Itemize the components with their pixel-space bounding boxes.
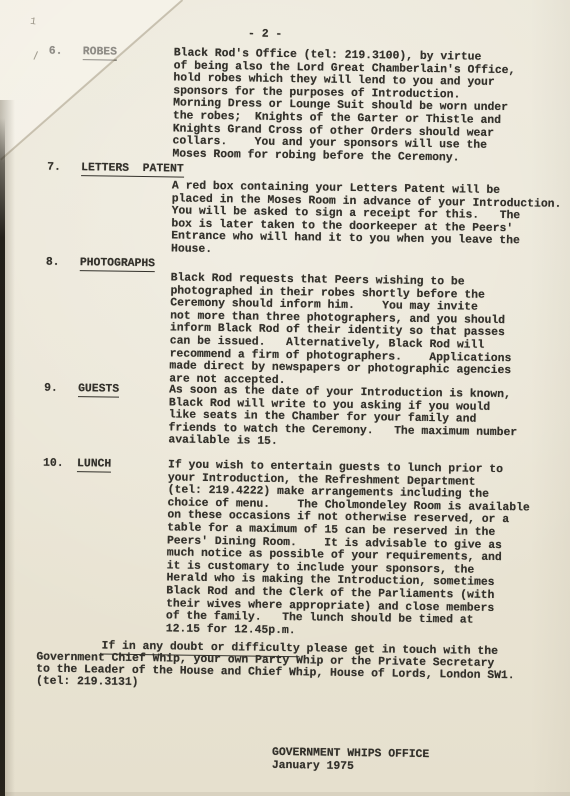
section-lunch: 10. LUNCH If you wish to entertain guest… bbox=[0, 457, 569, 465]
page-number: - 2 - bbox=[248, 28, 282, 41]
section-heading: GUESTS bbox=[78, 383, 119, 397]
document-page: - 2 - 6. ROBES Black Rod's Office (tel: … bbox=[0, 0, 570, 796]
section-body: A red box containing your Letters Patent… bbox=[171, 180, 562, 261]
section-body: If you wish to entertain guests to lunch… bbox=[166, 459, 531, 640]
section-heading: LETTERS PATENT bbox=[81, 162, 184, 177]
section-heading: PHOTOGRAPHS bbox=[80, 257, 155, 272]
section-number: 10. bbox=[43, 458, 64, 471]
paper-left-edge bbox=[0, 118, 5, 796]
paper-bottom-edge bbox=[0, 792, 570, 796]
section-number: 7. bbox=[47, 162, 61, 175]
footer: GOVERNMENT WHIPS OFFICE January 1975 bbox=[272, 747, 430, 775]
section-heading: LUNCH bbox=[77, 458, 111, 472]
footer-date: January 1975 bbox=[272, 760, 429, 775]
section-body: Black Rod's Office (tel: 219.3100), by v… bbox=[172, 47, 515, 165]
sheet-content: - 2 - 6. ROBES Black Rod's Office (tel: … bbox=[0, 0, 570, 796]
section-number: 9. bbox=[44, 383, 58, 396]
section-body: Black Rod requests that Peers wishing to… bbox=[169, 272, 512, 390]
section-number: 8. bbox=[46, 257, 60, 270]
closing-paragraph: If in any doubt or difficulty please get… bbox=[36, 640, 515, 695]
section-body: As soon as the date of your Introduction… bbox=[168, 384, 517, 452]
